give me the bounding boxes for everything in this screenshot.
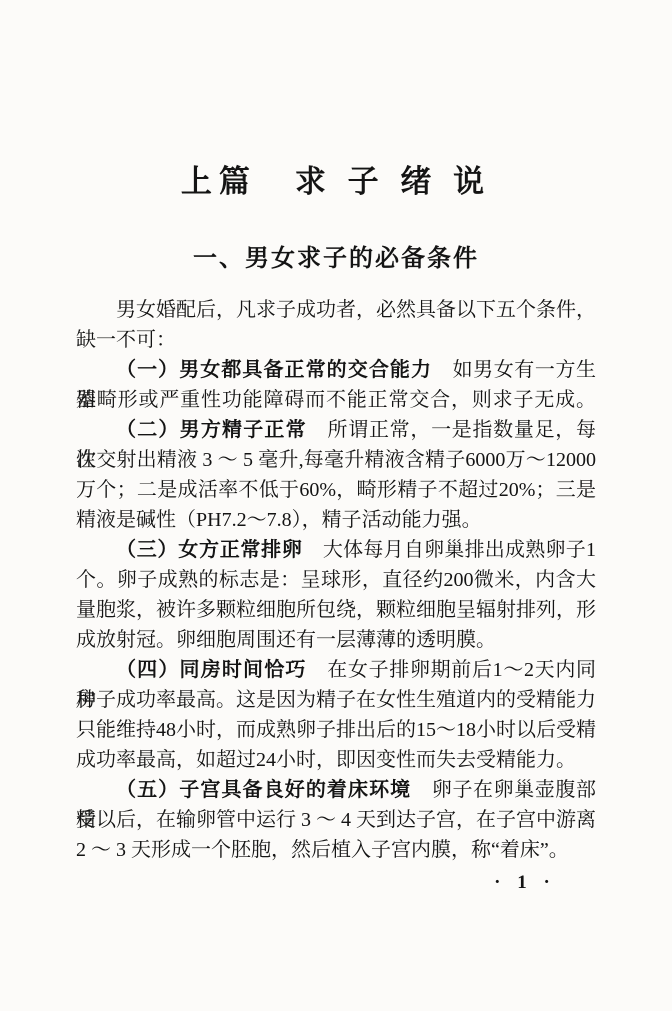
text-line: 性交射出精液 3 ～ 5 毫升,每毫升精液含精子6000万～12000	[76, 445, 596, 475]
bold-subheading-segment: （三）女方正常排卵	[116, 539, 303, 561]
text-line: （四）同房时间恰巧 在女子排卵期前后1～2天内同房	[76, 655, 596, 685]
text-segment: 男女婚配后，凡求子成功者，必然具备以下五个条件，	[116, 299, 596, 321]
text-segment: 缺一不可：	[76, 329, 176, 351]
text-line: 个。卵子成熟的标志是：呈球形，直径约200微米，内含大	[76, 565, 596, 595]
text-line: 2 ～ 3 天形成一个胚胞，然后植入子宫内膜，称“着床”。	[76, 835, 596, 865]
text-line: 量胞浆，被许多颗粒细胞所包绕，颗粒细胞呈辐射排列，形	[76, 595, 596, 625]
text-line: 只能维持48小时，而成熟卵子排出后的15～18小时以后受精	[76, 715, 596, 745]
text-segment: 个。卵子成熟的标志是：呈球形，直径约200微米，内含大	[76, 569, 596, 591]
text-line: （一）男女都具备正常的交合能力 如男女有一方生殖	[76, 355, 596, 385]
text-line: 精液是碱性（PH7.2～7.8），精子活动能力强。	[76, 505, 596, 535]
text-line: 种子成功率最高。这是因为精子在女性生殖道内的受精能力	[76, 685, 596, 715]
text-line: （三）女方正常排卵 大体每月自卵巢排出成熟卵子1	[76, 535, 596, 565]
text-segment: 成放射冠。卵细胞周围还有一层薄薄的透明膜。	[76, 629, 496, 651]
text-line: 缺一不可：	[76, 325, 596, 355]
section-heading: 一、男女求子的必备条件	[0, 238, 672, 273]
bold-subheading-segment: （一）男女都具备正常的交合能力	[116, 359, 432, 381]
text-line: （五）子宫具备良好的着床环境 卵子在卵巢壶腹部受	[76, 775, 596, 805]
bold-subheading-segment: （二）男方精子正常	[116, 419, 307, 441]
text-segment: 精以后，在输卵管中运行 3 ～ 4 天到达子宫，在子宫中游离	[76, 809, 596, 831]
text-segment: 万个；二是成活率不低于60%，畸形精子不超过20%；三是	[76, 479, 596, 501]
text-segment: 量胞浆，被许多颗粒细胞所包绕，颗粒细胞呈辐射排列，形	[76, 599, 596, 621]
bold-subheading-segment: （四）同房时间恰巧	[116, 659, 307, 681]
text-segment: 2 ～ 3 天形成一个胚胞，然后植入子宫内膜，称“着床”。	[76, 839, 569, 861]
text-segment: 成功率最高，如超过24小时，即因变性而失去受精能力。	[76, 749, 576, 771]
text-segment: 器畸形或严重性功能障碍而不能正常交合，则求子无成。	[76, 389, 596, 411]
text-line: 精以后，在输卵管中运行 3 ～ 4 天到达子宫，在子宫中游离	[76, 805, 596, 835]
body-text: 男女婚配后，凡求子成功者，必然具备以下五个条件，缺一不可：（一）男女都具备正常的…	[76, 295, 596, 865]
text-line: 成功率最高，如超过24小时，即因变性而失去受精能力。	[76, 745, 596, 775]
text-segment: 精液是碱性（PH7.2～7.8），精子活动能力强。	[76, 509, 482, 531]
text-segment: 只能维持48小时，而成熟卵子排出后的15～18小时以后受精	[76, 719, 596, 741]
bold-subheading-segment: （五）子宫具备良好的着床环境	[116, 779, 411, 801]
text-line: 男女婚配后，凡求子成功者，必然具备以下五个条件，	[76, 295, 596, 325]
text-line: 器畸形或严重性功能障碍而不能正常交合，则求子无成。	[76, 385, 596, 415]
text-line: 成放射冠。卵细胞周围还有一层薄薄的透明膜。	[76, 625, 596, 655]
text-segment: 种子成功率最高。这是因为精子在女性生殖道内的受精能力	[76, 689, 596, 711]
page-number: · 1 ·	[470, 872, 580, 894]
text-line: （二）男方精子正常 所谓正常，一是指数量足，每次	[76, 415, 596, 445]
text-segment: 性交射出精液 3 ～ 5 毫升,每毫升精液含精子6000万～12000	[76, 449, 596, 471]
text-line: 万个；二是成活率不低于60%，畸形精子不超过20%；三是	[76, 475, 596, 505]
text-segment: 大体每月自卵巢排出成熟卵子1	[303, 539, 596, 561]
scanned-book-page: 上篇 求 子 绪 说 一、男女求子的必备条件 男女婚配后，凡求子成功者，必然具备…	[0, 0, 672, 1011]
book-part-title: 上篇 求 子 绪 说	[0, 156, 672, 201]
